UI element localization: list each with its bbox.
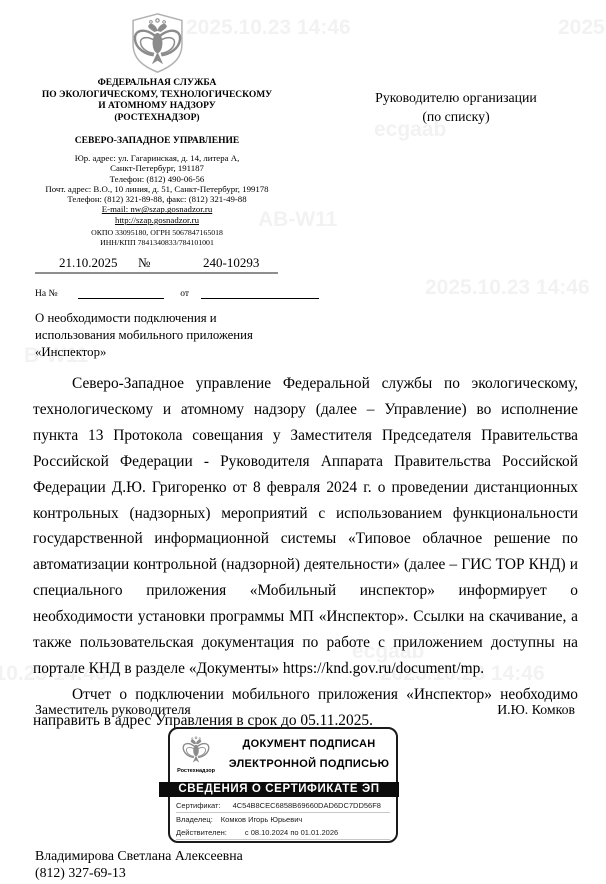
body-paragraph: Северо-Западное управление Федеральной с…	[33, 371, 578, 682]
reply-from-label: от	[180, 289, 189, 299]
email-link[interactable]: E-mail: nw@szap.gosnadzor.ru	[102, 204, 212, 214]
owner-value: Комков Игорь Юрьевич	[221, 815, 303, 824]
number-sign: №	[138, 255, 150, 271]
department-name: СЕВЕРО-ЗАПАДНОЕ УПРАВЛЕНИЕ	[28, 136, 286, 146]
agency-name-line: (РОСТЕХНАДЗОР)	[28, 113, 286, 125]
reply-ref-row: На № от	[35, 286, 319, 300]
digital-signature-stamp: Ростехнадзор ДОКУМЕНТ ПОДПИСАН ЭЛЕКТРОНН…	[168, 727, 398, 843]
legal-address-line: Юр. адрес: ул. Гагаринская, д. 14, литер…	[28, 153, 286, 163]
outgoing-ref-row: 21.10.2025 № 240-10293	[35, 253, 278, 274]
agency-name-line: ФЕДЕРАЛЬНАЯ СЛУЖБА	[28, 78, 286, 90]
subject-line: использования мобильного приложения	[35, 327, 345, 344]
coat-of-arms-icon	[129, 12, 186, 74]
agency-name-line: ПО ЭКОЛОГИЧЕСКОМУ, ТЕХНОЛОГИЧЕСКОМУ	[28, 90, 286, 102]
owner-row: Владелец:Комков Игорь Юрьевич	[176, 813, 390, 826]
inn-kpp-line: ИНН/КПП 7841340833/784101001	[28, 238, 286, 248]
letter-date: 21.10.2025	[59, 255, 118, 271]
stamp-title-line: ЭЛЕКТРОННОЙ ПОДПИСЬЮ	[222, 758, 396, 771]
legal-address-line: Санкт-Петербург, 191187	[28, 163, 286, 173]
validity-label: Действителен:	[176, 826, 227, 839]
certificate-value: 4C54B8CEC6858B69660DAD6DC7DD56F8	[233, 801, 381, 810]
validity-value: с 08.10.2024 по 01.01.2026	[245, 828, 338, 837]
postal-address-line: Почт. адрес: В.О., 10 линия, д. 51, Санк…	[28, 184, 286, 194]
reply-date-blank	[201, 286, 319, 299]
executor-contact: Владимирова Светлана Алексеевна (812) 32…	[35, 847, 243, 881]
addressee-line: Руководителю организации	[345, 88, 567, 107]
addressee-block: Руководителю организации (по списку)	[345, 88, 567, 126]
watermark-timestamp: 2025.10.23 14:46	[425, 276, 590, 300]
letter-body: Северо-Западное управление Федеральной с…	[33, 371, 578, 734]
subject-block: О необходимости подключения и использова…	[35, 310, 345, 361]
signature-row: Заместитель руководителя И.Ю. Комков	[35, 702, 575, 718]
rostechnadzor-emblem-icon	[180, 733, 212, 768]
letter-number: 240-10293	[203, 255, 259, 271]
subject-line: О необходимости подключения и	[35, 310, 345, 327]
agency-name-line: И АТОМНОМУ НАДЗОРУ	[28, 101, 286, 113]
address-block: Юр. адрес: ул. Гагаринская, д. 14, литер…	[28, 153, 286, 225]
watermark-timestamp: 2025.10.23 14:46	[558, 16, 606, 40]
signer-position: Заместитель руководителя	[35, 702, 191, 718]
reply-number-blank	[78, 286, 164, 299]
stamp-emblem-caption: Ростехнадзор	[170, 768, 222, 774]
reply-on-label: На №	[35, 289, 58, 299]
certificate-row: Сертификат:4C54B8CEC6858B69660DAD6DC7DD5…	[176, 799, 390, 813]
phone-line: Телефон: (812) 490-06-56	[28, 174, 286, 184]
phone-fax-line: Телефон: (812) 321-89-88, факс: (812) 32…	[28, 194, 286, 204]
stamp-title-line: ДОКУМЕНТ ПОДПИСАН	[222, 738, 396, 751]
owner-label: Владелец:	[176, 813, 213, 826]
executor-name: Владимирова Светлана Алексеевна	[35, 847, 243, 864]
letterhead: ФЕДЕРАЛЬНАЯ СЛУЖБА ПО ЭКОЛОГИЧЕСКОМУ, ТЕ…	[28, 12, 286, 248]
certificate-info-bar: СВЕДЕНИЯ О СЕРТИФИКАТЕ ЭП	[159, 782, 399, 797]
certificate-label: Сертификат:	[176, 799, 221, 812]
addressee-line: (по списку)	[345, 107, 567, 126]
website-link[interactable]: http://szap.gosnadzor.ru	[115, 215, 199, 225]
validity-row: Действителен:с 08.10.2024 по 01.01.2026	[176, 826, 390, 840]
executor-phone: (812) 327-69-13	[35, 864, 243, 881]
okpo-ogrn-line: ОКПО 33095180, ОГРН 5067847165018	[28, 228, 286, 238]
subject-line: «Инспектор»	[35, 344, 345, 361]
signer-name: И.Ю. Комков	[497, 702, 575, 718]
